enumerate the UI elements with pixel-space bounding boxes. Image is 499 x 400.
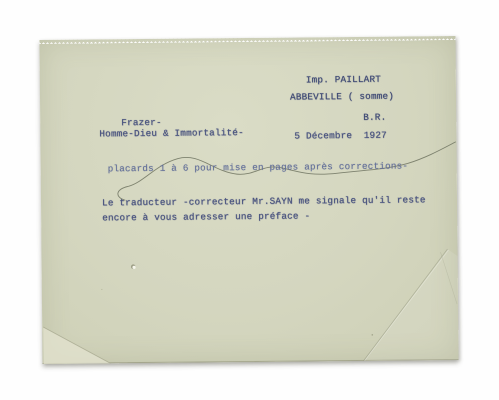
bottom-left-corner-fold — [43, 326, 110, 364]
subject-author: Frazer- — [121, 117, 162, 128]
subject-title: Homme-Dieu & Immortalité- — [99, 127, 244, 139]
body-line-1: Le traducteur -correcteur Mr.SAYN me sig… — [102, 194, 426, 208]
pin-hole — [131, 264, 136, 269]
letter-paper: Imp. PAILLART ABBEVILLE ( somme) B.R. 5 … — [39, 36, 458, 364]
date-line: 5 Décembre 1927 — [294, 130, 387, 142]
deckled-top-edge — [39, 36, 455, 44]
printer-name: Imp. PAILLART — [306, 74, 381, 86]
scan-background: Imp. PAILLART ABBEVILLE ( somme) B.R. 5 … — [0, 0, 499, 400]
body-line-2: encore à vous adresser une préface - — [102, 210, 310, 223]
instruction-line: placards 1 à 6 pour mise en pages après … — [108, 160, 409, 174]
printer-city: ABBEVILLE ( somme) — [290, 91, 394, 103]
reference-initials: B.R. — [363, 112, 386, 123]
bottom-right-crease — [362, 249, 458, 361]
